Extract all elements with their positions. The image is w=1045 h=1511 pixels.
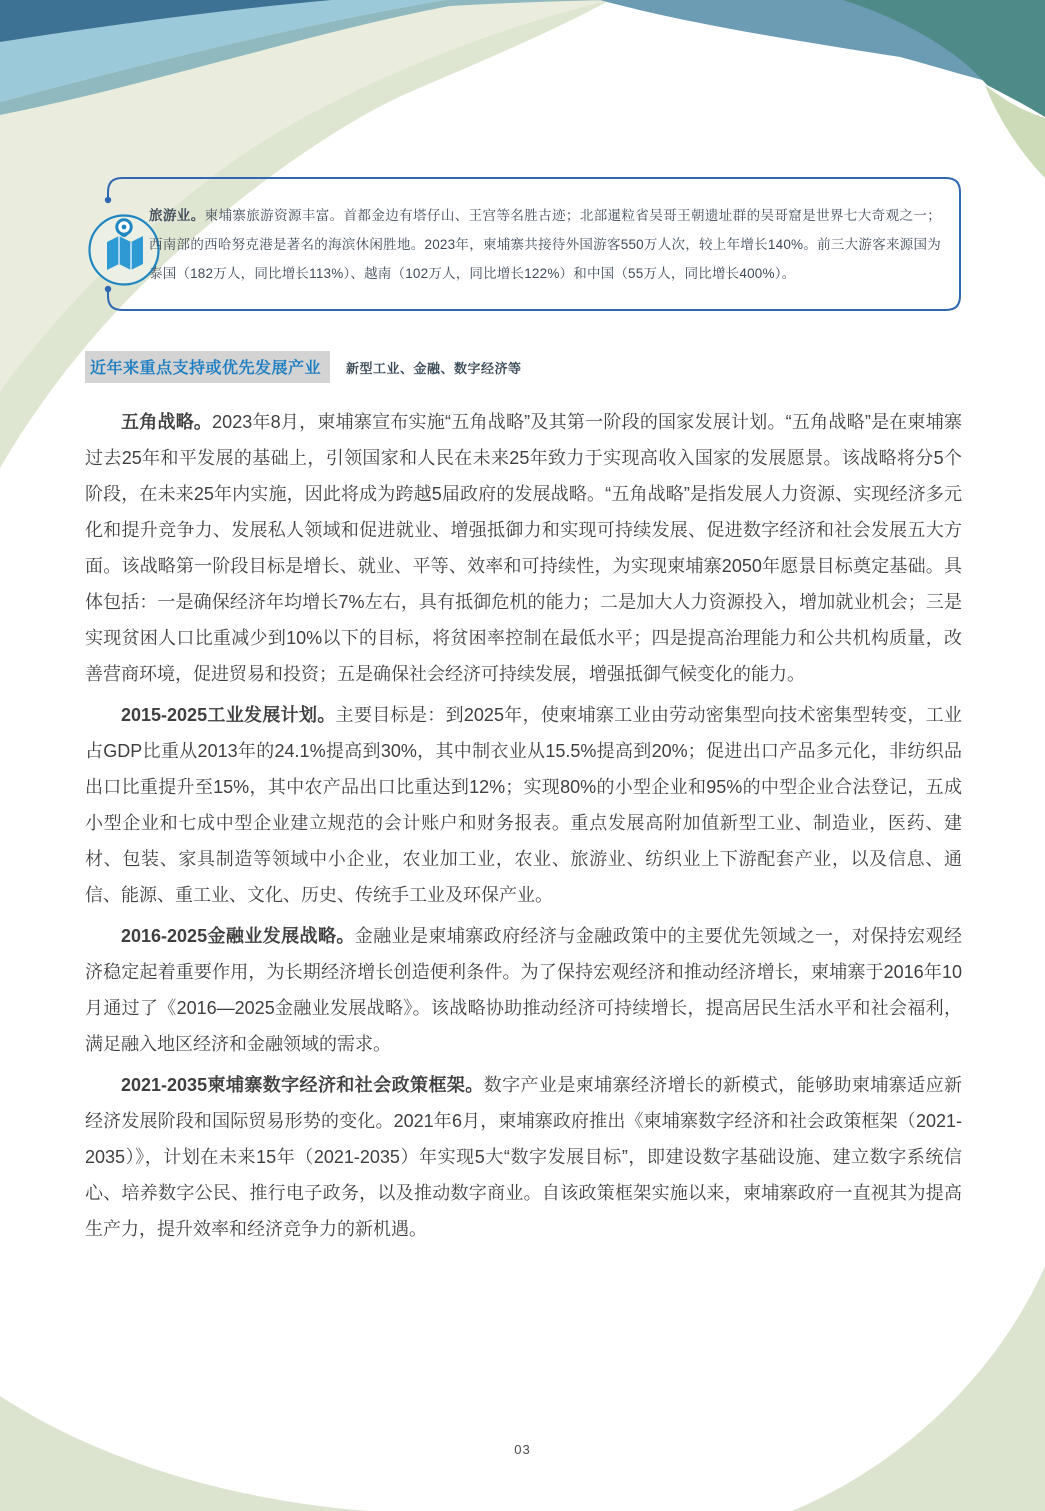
bottom-right-sage-shape (792, 1266, 1045, 1511)
paragraph-lead: 2015-2025工业发展计划。 (121, 705, 336, 725)
callout-lead: 旅游业。 (149, 208, 205, 223)
paragraph-lead: 2016-2025金融业发展战略。 (121, 926, 355, 946)
paragraph-lead: 2021-2035柬埔寨数字经济和社会政策框架。 (121, 1075, 484, 1095)
callout-text: 旅游业。柬埔寨旅游资源丰富。首都金边有塔仔山、王宫等名胜古迹；北部暹粒省吴哥王朝… (149, 201, 941, 288)
paragraph-body: 数字产业是柬埔寨经济增长的新模式，能够助柬埔寨适应新经济发展阶段和国际贸易形势的… (85, 1075, 962, 1239)
paragraph-body: 主要目标是：到2025年，使柬埔寨工业由劳动密集型向技术密集型转变，工业占GDP… (85, 705, 962, 905)
section-title: 近年来重点支持或优先发展产业 (85, 351, 330, 383)
section-subtitle: 新型工业、金融、数字经济等 (346, 361, 522, 376)
page-number: 03 (0, 1442, 1045, 1457)
callout-body: 柬埔寨旅游资源丰富。首都金边有塔仔山、王宫等名胜古迹；北部暹粒省吴哥王朝遗址群的… (149, 208, 941, 281)
paragraph-pentagonal-strategy: 五角战略。2023年8月，柬埔寨宣布实施“五角战略”及其第一阶段的国家发展计划。… (85, 404, 962, 692)
paragraph-industrial-plan: 2015-2025工业发展计划。主要目标是：到2025年，使柬埔寨工业由劳动密集… (85, 697, 962, 913)
paragraph-digital-framework: 2021-2035柬埔寨数字经济和社会政策框架。数字产业是柬埔寨经济增长的新模式… (85, 1067, 962, 1247)
paragraph-finance-strategy: 2016-2025金融业发展战略。金融业是柬埔寨政府经济与金融政策中的主要优先领… (85, 918, 962, 1062)
section-heading: 近年来重点支持或优先发展产业新型工业、金融、数字经济等 (85, 351, 522, 383)
paragraph-lead: 五角战略。 (121, 412, 212, 432)
tourism-callout: 旅游业。柬埔寨旅游资源丰富。首都金边有塔仔山、王宫等名胜古迹；北部暹粒省吴哥王朝… (85, 165, 990, 327)
body-text: 五角战略。2023年8月，柬埔寨宣布实施“五角战略”及其第一阶段的国家发展计划。… (85, 404, 962, 1252)
document-page: 旅游业。柬埔寨旅游资源丰富。首都金边有塔仔山、王宫等名胜古迹；北部暹粒省吴哥王朝… (0, 0, 1045, 1511)
paragraph-body: 2023年8月，柬埔寨宣布实施“五角战略”及其第一阶段的国家发展计划。“五角战略… (85, 412, 962, 684)
